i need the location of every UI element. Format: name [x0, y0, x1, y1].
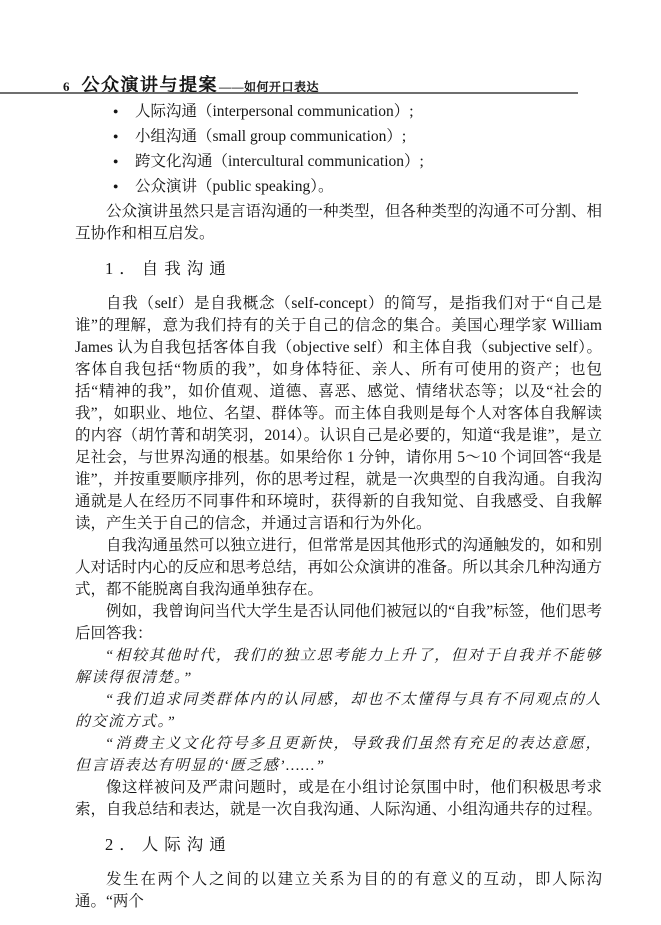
- paragraph: 例如，我曾询问当代大学生是否认同他们被冠以的“自我”标签，他们思考后回答我：: [75, 601, 602, 645]
- student-quote: “相较其他时代，我们的独立思考能力上升了，但对于自我并不能够解读得很清楚。”: [75, 645, 602, 689]
- list-item-text: 跨文化沟通（intercultural communication）;: [135, 150, 424, 173]
- header-divider: [0, 92, 578, 94]
- section-heading: 1．自我沟通: [105, 258, 602, 280]
- paragraph: 发生在两个人之间的以建立关系为目的的有意义的互动，即人际沟通。“两个: [75, 869, 602, 913]
- list-item: ● 公众演讲（public speaking）。: [75, 175, 602, 200]
- book-page: 6 公众演讲与提案 ——如何开口表达 ● 人际沟通（interpersonal …: [0, 0, 661, 925]
- page-content: ● 人际沟通（interpersonal communication）; ● 小…: [75, 100, 602, 913]
- list-item: ● 跨文化沟通（intercultural communication）;: [75, 150, 602, 175]
- paragraph: 自我（self）是自我概念（self-concept）的简写，是指我们对于“自己…: [75, 293, 602, 535]
- paragraph: 像这样被问及严肃问题时，或是在小组讨论氛围中时，他们积极思考求索，自我总结和表达…: [75, 777, 602, 821]
- communication-types-list: ● 人际沟通（interpersonal communication）; ● 小…: [75, 100, 602, 200]
- paragraph: 自我沟通虽然可以独立进行，但常常是因其他形式的沟通触发的，如和别人对话时内心的反…: [75, 535, 602, 601]
- list-item-text: 人际沟通（interpersonal communication）;: [135, 100, 414, 123]
- bullet-icon: ●: [113, 175, 135, 198]
- list-item: ● 人际沟通（interpersonal communication）;: [75, 100, 602, 125]
- list-item-text: 公众演讲（public speaking）。: [135, 175, 333, 198]
- bullet-icon: ●: [113, 100, 135, 123]
- student-quote: “我们追求同类群体内的认同感，却也不太懂得与具有不同观点的人的交流方式。”: [75, 689, 602, 733]
- section-heading: 2．人际沟通: [105, 834, 602, 856]
- bullet-icon: ●: [113, 125, 135, 148]
- list-item: ● 小组沟通（small group communication）;: [75, 125, 602, 150]
- student-quote: “消费主义文化符号多且更新快，导致我们虽然有充足的表达意愿，但言语表达有明显的‘…: [75, 733, 602, 777]
- bullet-icon: ●: [113, 150, 135, 173]
- list-item-text: 小组沟通（small group communication）;: [135, 125, 406, 148]
- paragraph: 公众演讲虽然只是言语沟通的一种类型，但各种类型的沟通不可分割、相互协作和相互启发…: [75, 201, 602, 245]
